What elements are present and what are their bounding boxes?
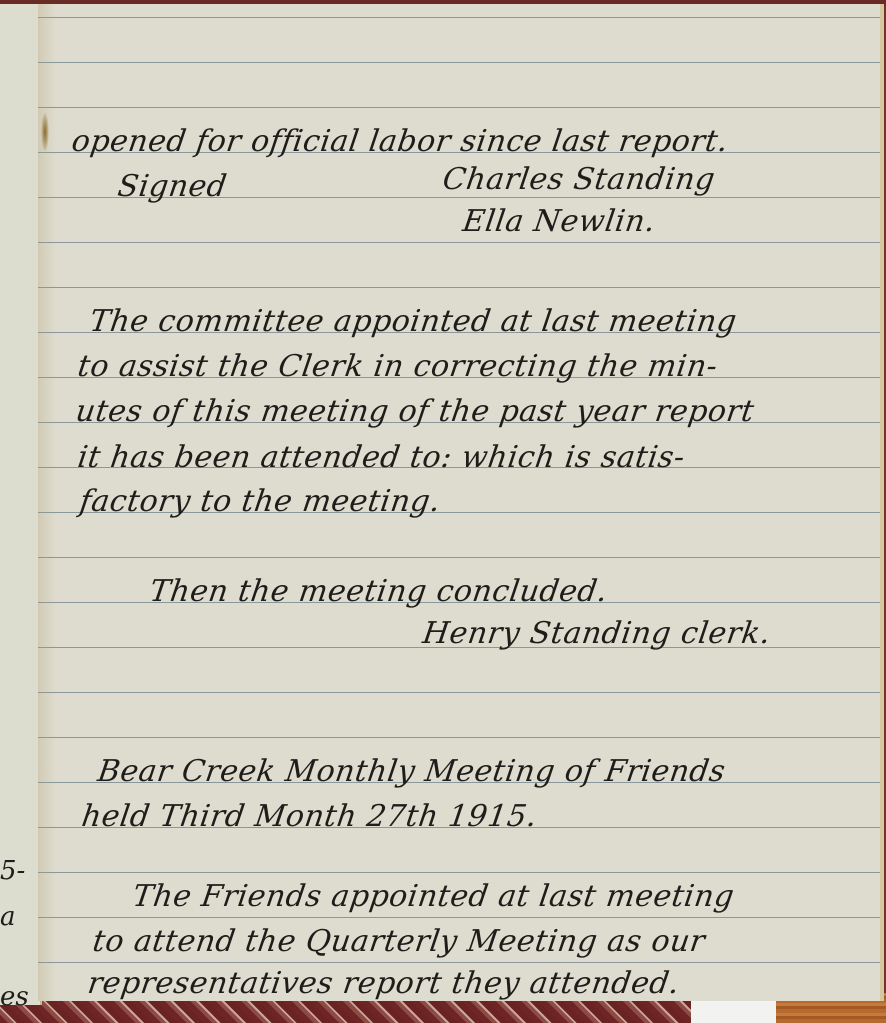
ledger-page: opened for official labor since last rep… [38, 4, 884, 1001]
text-line: to attend the Quarterly Meeting as our [91, 924, 708, 959]
text-line: Then the meeting concluded. [148, 574, 610, 609]
text-line: utes of this meeting of the past year re… [74, 394, 757, 429]
signatory-name: Charles Standing [441, 162, 718, 197]
text-line: opened for official labor since last rep… [70, 124, 731, 159]
stain-mark [41, 112, 49, 152]
text-line: The Friends appointed at last meeting [131, 879, 737, 914]
left-page-fragment: es [0, 982, 29, 1012]
meeting-date: held Third Month 27th 1915. [80, 799, 540, 834]
left-page-fragment: a [0, 902, 16, 932]
text-line: to assist the Clerk in correcting the mi… [76, 349, 720, 384]
signatory-name: Ella Newlin. [461, 204, 658, 239]
clerk-signature: Henry Standing clerk. [421, 616, 773, 651]
text-line: representatives report they attended. [86, 966, 682, 1001]
left-page-fragment: 5- [0, 856, 25, 886]
signed-label: Signed [116, 169, 230, 204]
text-line: it has been attended to: which is satis- [76, 440, 688, 475]
text-line: factory to the meeting. [78, 484, 443, 519]
left-page-edge: 5- a es [0, 4, 42, 1005]
meeting-title: Bear Creek Monthly Meeting of Friends [96, 754, 728, 789]
text-line: The committee appointed at last meeting [88, 304, 739, 339]
